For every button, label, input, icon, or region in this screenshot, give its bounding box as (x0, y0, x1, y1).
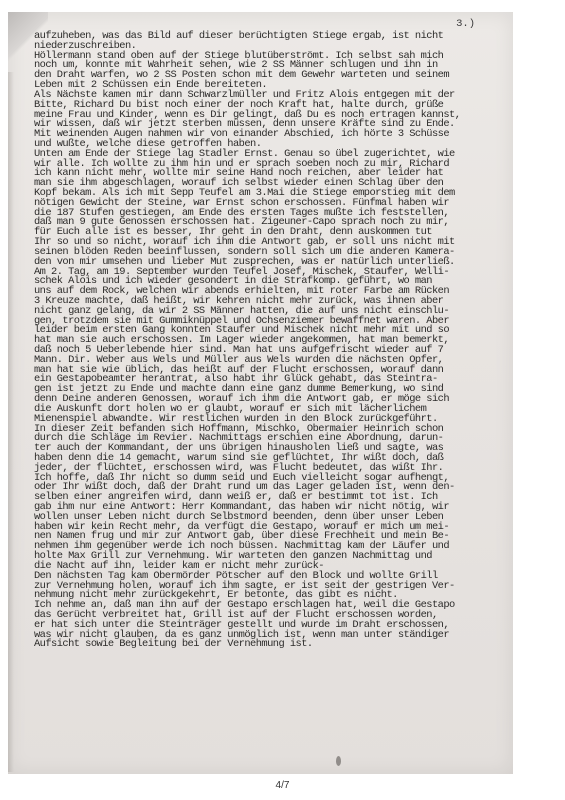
document-page: 3.) aufzuheben, was das Bild auf dieser … (8, 12, 513, 774)
page-marker: 3.) (456, 18, 475, 30)
page-counter: 4/7 (0, 780, 565, 791)
ink-blot (336, 756, 341, 766)
page-shadow-edge (8, 72, 14, 772)
text-line: Aufsicht sowie Begleitung bei der Verneh… (34, 640, 504, 650)
typewritten-text: aufzuheben, was das Bild auf dieser berü… (34, 32, 504, 650)
